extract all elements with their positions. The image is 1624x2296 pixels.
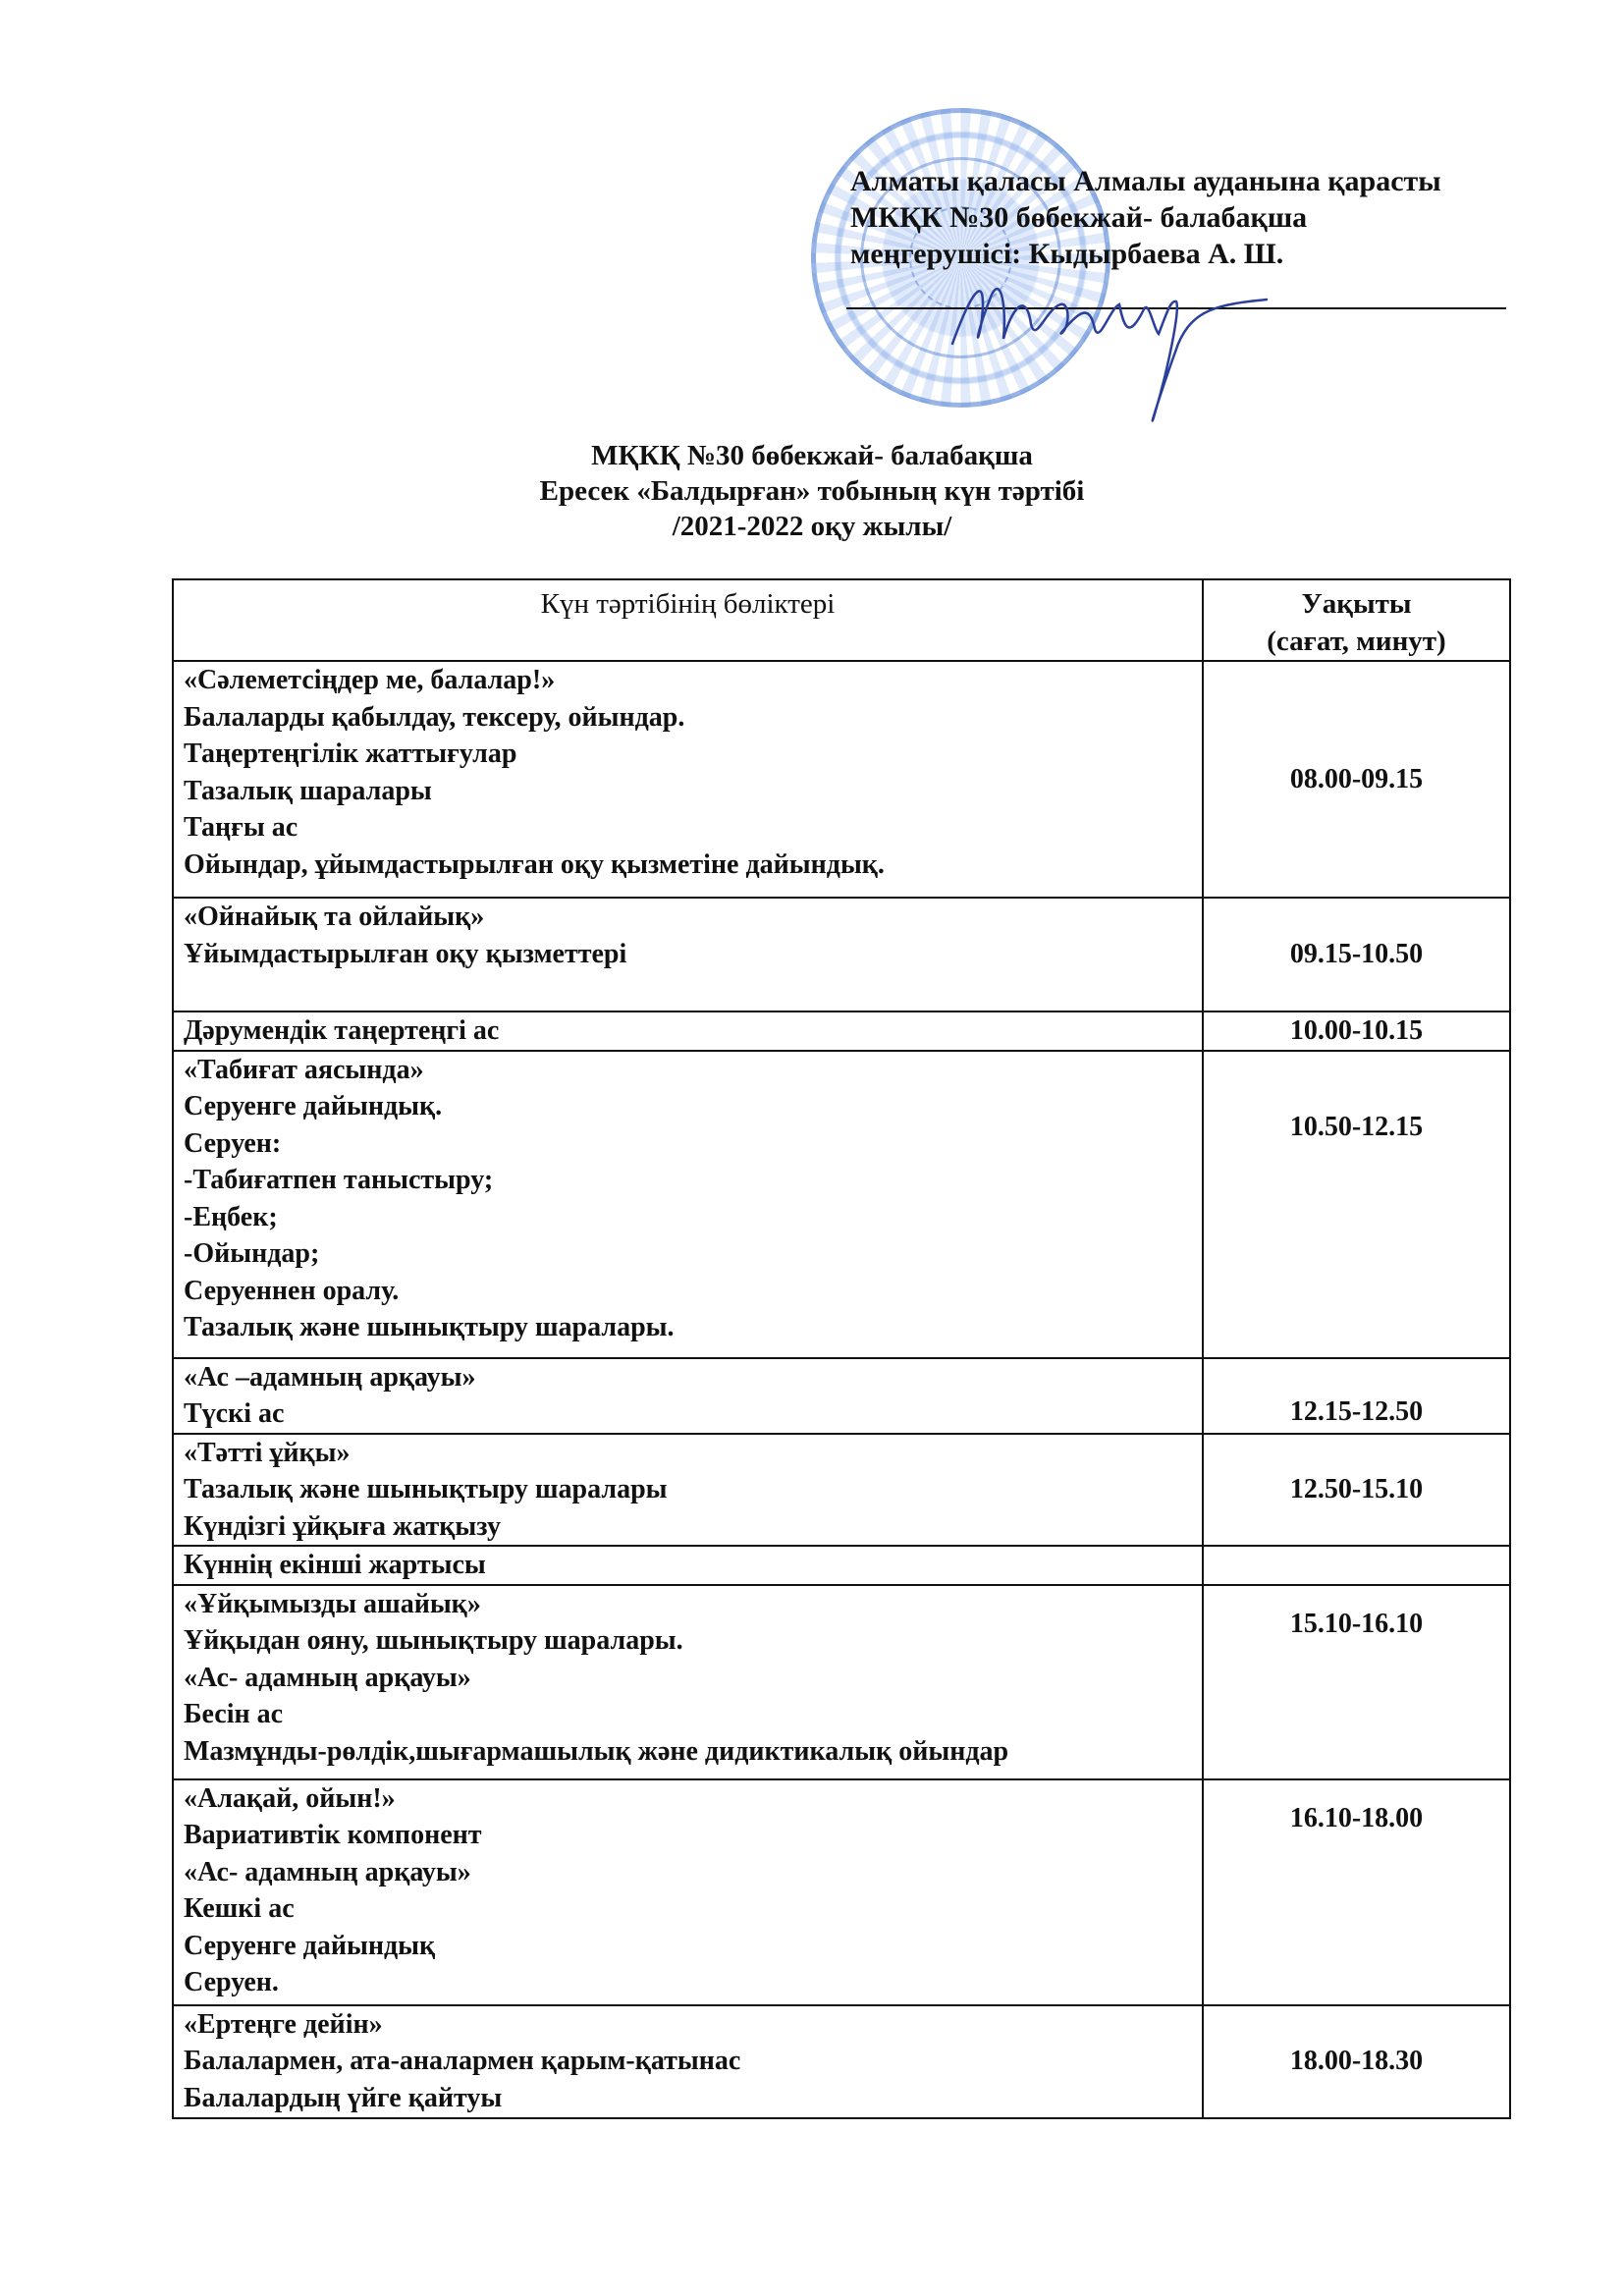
activity-cell: Дәрумендік таңертеңгі ас — [173, 1011, 1203, 1051]
document-page: Алматы қаласы Алмалы ауданына қарасты МК… — [0, 0, 1624, 2296]
table-row: «Ас –адамның арқауы»Түскі ас12.15-12.50 — [173, 1358, 1510, 1434]
table-row: Дәрумендік таңертеңгі ас10.00-10.15 — [173, 1011, 1510, 1051]
time-cell: 12.15-12.50 — [1203, 1358, 1510, 1434]
activity-line — [184, 972, 1202, 1010]
activity-line: Бесін ас — [184, 1696, 1202, 1733]
header-activity: Күн тәртібінің бөліктері — [173, 579, 1203, 661]
activity-cell: Күннің екінші жартысы — [173, 1546, 1203, 1585]
activity-cell: «Тәтті ұйқы»Тазалық және шынықтыру шарал… — [173, 1434, 1203, 1547]
activity-line: Түскі ас — [184, 1395, 1202, 1433]
activity-line: Ұйқыдан ояну, шынықтыру шаралары. — [184, 1622, 1202, 1660]
table-row: «Алақай, ойын!»Вариативтік компонент «Ас… — [173, 1779, 1510, 2005]
activity-line: «Ұйқымызды ашайық» — [184, 1586, 1202, 1623]
activity-line: Ойындар, ұйымдастырылған оқу қызметіне д… — [184, 847, 1202, 884]
activity-cell: «Ертеңге дейін»Балалармен, ата-аналармен… — [173, 2005, 1203, 2118]
activity-cell: «Ас –адамның арқауы»Түскі ас — [173, 1358, 1203, 1434]
activity-line: Балалардың үйге қайтуы — [184, 2080, 1202, 2117]
activity-line: «Ертеңге дейін» — [184, 2006, 1202, 2044]
title-line-3: /2021-2022 оқу жылы/ — [0, 509, 1624, 544]
activity-line: Мазмұнды-рөлдік,шығармашылық және дидикт… — [184, 1733, 1202, 1771]
activity-line: «Ас- адамның арқауы» — [184, 1660, 1202, 1697]
activity-line: Серуенге дайындық. — [184, 1088, 1202, 1125]
time-cell: 08.00-09.15 — [1203, 661, 1510, 898]
activity-line: Серуеннен оралу. — [184, 1273, 1202, 1310]
activity-line: «Тәтті ұйқы» — [184, 1435, 1202, 1472]
activity-line: Дәрумендік таңертеңгі ас — [184, 1012, 1202, 1050]
activity-cell: «Табиғат аясында»Серуенге дайындық.Серуе… — [173, 1051, 1203, 1358]
header-time-line-2: (сағат, минут) — [1204, 624, 1509, 661]
activity-line: Таңертеңгілік жаттығулар — [184, 736, 1202, 773]
header-time: Уақыты (сағат, минут) — [1203, 579, 1510, 661]
activity-line: Вариативтік компонент — [184, 1817, 1202, 1854]
table-row: «Табиғат аясында»Серуенге дайындық.Серуе… — [173, 1051, 1510, 1358]
activity-line: Тазалық және шынықтыру шаралары — [184, 1471, 1202, 1508]
activity-line: Таңғы ас — [184, 809, 1202, 847]
time-cell: 16.10-18.00 — [1203, 1779, 1510, 2005]
title-line-2: Ересек «Балдырған» тобының күн тәртібі — [0, 473, 1624, 509]
activity-line: Тазалық және шынықтыру шаралары. — [184, 1309, 1202, 1346]
activity-cell: «Ұйқымызды ашайық»Ұйқыдан ояну, шынықтыр… — [173, 1585, 1203, 1779]
schedule-body: «Сәлеметсіңдер ме, балалар!»Балаларды қа… — [173, 661, 1510, 2118]
table-row: «Сәлеметсіңдер ме, балалар!»Балаларды қа… — [173, 661, 1510, 898]
approval-line-2: МКҚК №30 бөбекжай- балабақша — [850, 199, 1441, 236]
approval-line-1: Алматы қаласы Алмалы ауданына қарасты — [850, 163, 1441, 199]
daily-schedule-table: Күн тәртібінің бөліктері Уақыты (сағат, … — [172, 578, 1511, 2119]
activity-line: Серуен. — [184, 1964, 1202, 2001]
activity-line: «Алақай, ойын!» — [184, 1780, 1202, 1818]
activity-line: Күннің екінші жартысы — [184, 1547, 1202, 1584]
document-title: МҚКҚ №30 бөбекжай- балабақша Ересек «Бал… — [0, 438, 1624, 544]
time-cell: 15.10-16.10 — [1203, 1585, 1510, 1779]
time-cell: 10.00-10.15 — [1203, 1011, 1510, 1051]
activity-line: «Ас –адамның арқауы» — [184, 1359, 1202, 1396]
activity-line: «Ойнайық та ойлайық» — [184, 899, 1202, 936]
time-cell: 09.15-10.50 — [1203, 898, 1510, 1011]
activity-cell: «Алақай, ойын!»Вариативтік компонент «Ас… — [173, 1779, 1203, 2005]
activity-line: Ұйымдастырылған оқу қызметтері — [184, 936, 1202, 973]
activity-line: «Табиғат аясында» — [184, 1052, 1202, 1089]
activity-line: «Ас- адамның арқауы» — [184, 1854, 1202, 1891]
activity-line: Балаларды қабылдау, тексеру, ойындар. — [184, 699, 1202, 737]
time-cell: 12.50-15.10 — [1203, 1434, 1510, 1547]
table-header-row: Күн тәртібінің бөліктері Уақыты (сағат, … — [173, 579, 1510, 661]
signature-icon — [913, 250, 1286, 437]
table-row: «Тәтті ұйқы»Тазалық және шынықтыру шарал… — [173, 1434, 1510, 1547]
activity-line: Балалармен, ата-аналармен қарым-қатынас — [184, 2043, 1202, 2080]
activity-line: Тазалық шаралары — [184, 773, 1202, 810]
title-line-1: МҚКҚ №30 бөбекжай- балабақша — [0, 438, 1624, 473]
table-row: «Ертеңге дейін»Балалармен, ата-аналармен… — [173, 2005, 1510, 2118]
activity-cell: «Сәлеметсіңдер ме, балалар!»Балаларды қа… — [173, 661, 1203, 898]
activity-line: «Сәлеметсіңдер ме, балалар!» — [184, 662, 1202, 699]
time-cell: 18.00-18.30 — [1203, 2005, 1510, 2118]
activity-line: Серуен: — [184, 1125, 1202, 1163]
table-row: «Ойнайық та ойлайық»Ұйымдастырылған оқу … — [173, 898, 1510, 1011]
activity-line: -Ойындар; — [184, 1235, 1202, 1273]
time-cell: 10.50-12.15 — [1203, 1051, 1510, 1358]
activity-line: Күндізгі ұйқыға жатқызу — [184, 1508, 1202, 1546]
activity-line: Кешкі ас — [184, 1890, 1202, 1928]
activity-line: -Табиғатпен таныстыру; — [184, 1162, 1202, 1199]
table-row: «Ұйқымызды ашайық»Ұйқыдан ояну, шынықтыр… — [173, 1585, 1510, 1779]
activity-line: Серуенге дайындық — [184, 1928, 1202, 1965]
header-time-line-1: Уақыты — [1204, 586, 1509, 624]
activity-line: -Еңбек; — [184, 1199, 1202, 1236]
time-cell — [1203, 1546, 1510, 1585]
activity-cell: «Ойнайық та ойлайық»Ұйымдастырылған оқу … — [173, 898, 1203, 1011]
table-row: Күннің екінші жартысы — [173, 1546, 1510, 1585]
